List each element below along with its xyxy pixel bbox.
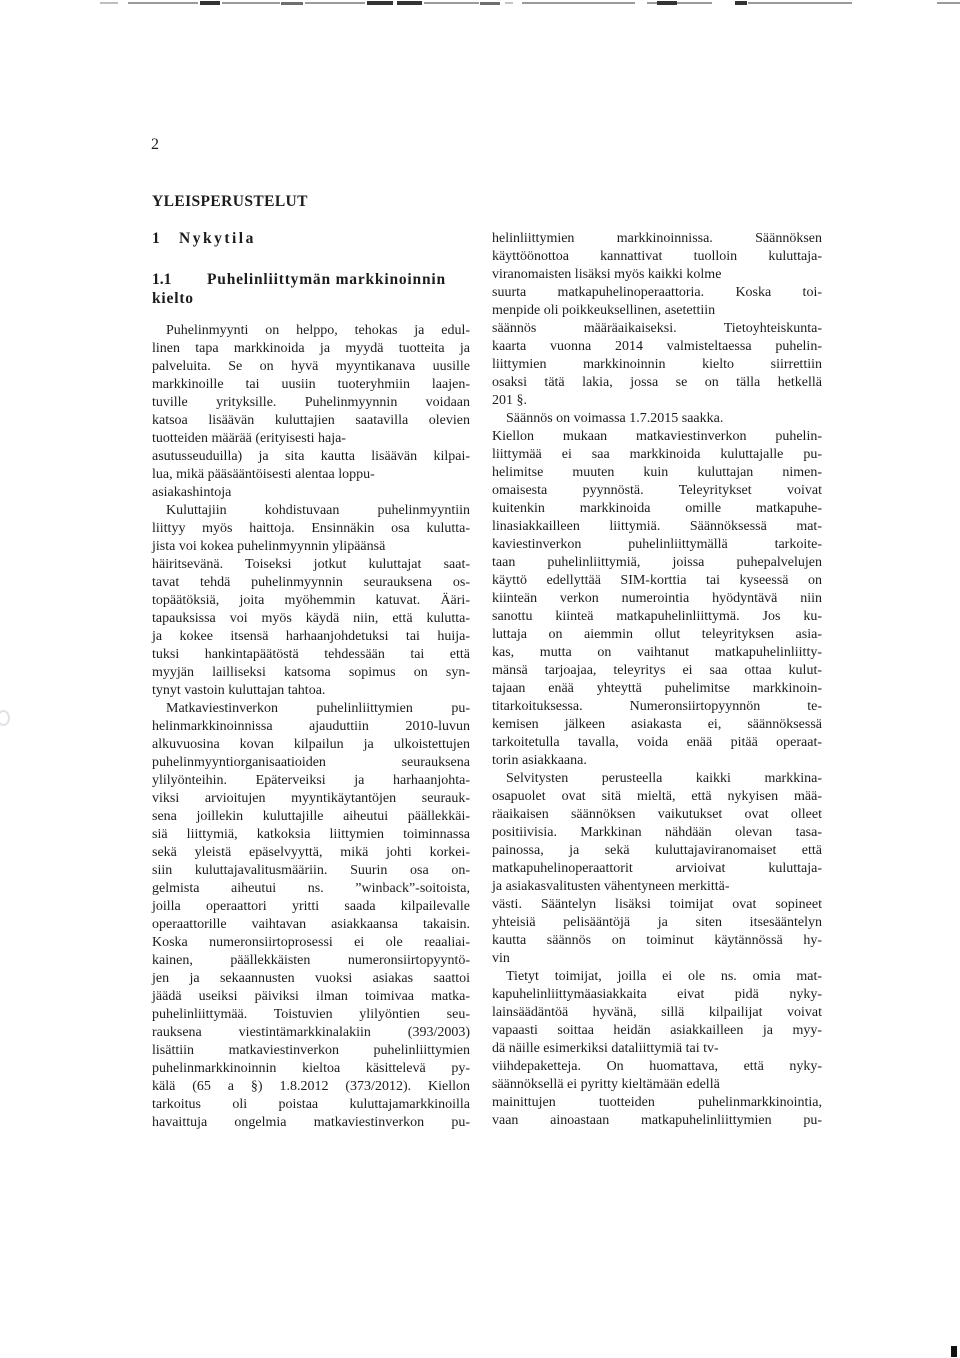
text-line: Tietyt toimijat, joilla ei ole ns. omia …	[492, 968, 822, 986]
text-line: Säännös on voimassa 1.7.2015 saakka.	[492, 410, 822, 428]
scan-artifact	[100, 2, 118, 4]
subsection-heading: 1.1Puhelinliittymän markkinoinnin kielto	[152, 270, 470, 308]
text-line: Puhelinmyynti on helppo, tehokas ja edul…	[152, 322, 470, 340]
subsection-title: Puhelinliittymän markkinoinnin	[207, 271, 446, 288]
text-line: liittymää ei saa markkinoida kuluttajall…	[492, 446, 822, 464]
text-line: palveluita. Se on hyvä myyntikanava uusi…	[152, 358, 470, 376]
text-line: positiivisia. Markkinan nähdään olevan t…	[492, 824, 822, 842]
text-line: säännöksellä ei pyritty kieltämään edell…	[492, 1076, 822, 1094]
text-line: osaksi tätä lakia, jossa se on tälla het…	[492, 374, 822, 392]
text-line: puhelinliittymää. Toistuvien ylilyöntien…	[152, 1006, 470, 1024]
text-line: jista voi kokea puhelinmyynnin ylipäänsä	[152, 538, 470, 556]
scan-artifact	[281, 2, 303, 5]
section-title: Nykytila	[179, 230, 256, 247]
left-column-text: Puhelinmyynti on helppo, tehokas ja edul…	[152, 322, 470, 1132]
scan-artifact	[657, 1, 677, 5]
left-column: YLEISPERUSTELUT 1Nykytila 1.1Puhelinliit…	[152, 186, 470, 1132]
text-line: suurta matkapuhelinoperaattoria. Koska t…	[492, 284, 822, 302]
text-line: titarkoituksessa. Numeronsiirtopyynnön t…	[492, 698, 822, 716]
text-line: Kiellon mukaan matkaviestinverkon puheli…	[492, 428, 822, 446]
text-line: helinliittymien markkinoinnissa. Säännök…	[492, 230, 822, 248]
text-line: häiritsevänä. Toiseksi jotkut kuluttajat…	[152, 556, 470, 574]
right-column: helinliittymien markkinoinnissa. Säännök…	[492, 230, 822, 1130]
text-line: käyttö edellyttää SIM-korttia tai kysees…	[492, 572, 822, 590]
text-line: kaviestinverkon puhelinliittymällä tarko…	[492, 536, 822, 554]
text-line: markkinoille tai uusiin tuoteryhmiin laa…	[152, 376, 470, 394]
text-line: tajaan enää yhteyttä puhelimitse markkin…	[492, 680, 822, 698]
text-line: kapuhelinliittymäasiakkaita eivat pidä n…	[492, 986, 822, 1004]
scan-artifact	[305, 2, 365, 4]
text-line: liittyy myös haittoja. Ensinnäkin osa ku…	[152, 520, 470, 538]
text-line: asutusseuduilla) ja sita kautta lisäävän…	[152, 448, 470, 466]
text-line: lisättiin matkaviestinverkon puhelinliit…	[152, 1042, 470, 1060]
right-column-text: helinliittymien markkinoinnissa. Säännök…	[492, 230, 822, 1130]
paragraph: Matkaviestinverkon puhelinliittymien pu-…	[152, 700, 470, 1132]
scan-artifact	[222, 2, 280, 4]
text-line: gelmista aiheutui ns. ”winback”-soitoist…	[152, 880, 470, 898]
text-line: tynyt vastoin kuluttajan tahtoa.	[152, 682, 470, 700]
text-line: Matkaviestinverkon puhelinliittymien pu-	[152, 700, 470, 718]
text-line: kautta säännös on toiminut käytännössä h…	[492, 932, 822, 950]
text-line: viksi arvioitujen myyntikäytantöjen seur…	[152, 790, 470, 808]
text-line: kälä (65 a §) 1.8.2012 (373/2012). Kiell…	[152, 1078, 470, 1096]
text-line: lainsäädäntöä hyvänä, sillä kilpailijat …	[492, 1004, 822, 1022]
text-line: menpide oli poikkeuksellinen, asetettiin	[492, 302, 822, 320]
text-line: myyjän lailliseksi katsoma sopimus on sy…	[152, 664, 470, 682]
text-line: Kuluttajiin kohdistuvaan puhelinmyyntiin	[152, 502, 470, 520]
subsection-number: 1.1	[152, 270, 207, 289]
paragraph: Kuluttajiin kohdistuvaan puhelinmyyntiin…	[152, 502, 470, 700]
main-heading: YLEISPERUSTELUT	[152, 192, 470, 212]
paragraph: Säännös on voimassa 1.7.2015 saakka.Kiel…	[492, 410, 822, 770]
text-line: havaittuja ongelmia matkaviestinverkon p…	[152, 1114, 470, 1132]
subsection-title-continued: kielto	[152, 289, 470, 308]
scan-artifact	[937, 2, 960, 4]
text-line: helinmarkkinoinnissa ajauduttiin 2010-lu…	[152, 718, 470, 736]
text-line: liittymien markkinoinnin kielto siirrett…	[492, 356, 822, 374]
text-line: mainittujen tuotteiden puhelinmarkkinoin…	[492, 1094, 822, 1112]
paragraph: helinliittymien markkinoinnissa. Säännök…	[492, 230, 822, 410]
text-line: kuitenkin markkinoida omille matkapuhe-	[492, 500, 822, 518]
text-line: jäädä useiksi päiviksi ilman toimivaa ma…	[152, 988, 470, 1006]
scan-artifact	[522, 2, 635, 4]
scan-corner-mark	[951, 1346, 957, 1357]
scan-artifact	[397, 1, 422, 5]
paragraph: Puhelinmyynti on helppo, tehokas ja edul…	[152, 322, 470, 502]
text-line: operaattorille vaihtavan asiakkaansa tak…	[152, 916, 470, 934]
text-line: rauksena viestintämarkkinalakiin (393/20…	[152, 1024, 470, 1042]
text-line: omaisesta pyynnöstä. Teleyritykset voiva…	[492, 482, 822, 500]
text-line: linasiakkailleen liittymiä. Säännöksessä…	[492, 518, 822, 536]
text-line: siä liittymiä, katkoksia liittymien toim…	[152, 826, 470, 844]
scan-edge-mark	[0, 710, 10, 726]
text-line: kiinteän verkon numerointia hyödyntävä n…	[492, 590, 822, 608]
text-line: taan puhelinliittymiä, joissa puhepalvel…	[492, 554, 822, 572]
text-line: linen tapa markkinoida ja myydä tuotteit…	[152, 340, 470, 358]
text-line: Selvitysten perusteella kaikki markkina-	[492, 770, 822, 788]
text-line: jen ja sekaannusten vuoksi asiakas saatt…	[152, 970, 470, 988]
scan-artifact	[200, 1, 220, 5]
scan-artifact	[424, 2, 479, 4]
text-line: topäätöksiä, joita myöhemmin katuvat. Ää…	[152, 592, 470, 610]
text-line: puhelinmarkkinoinnin kieltoa käsittelevä…	[152, 1060, 470, 1078]
text-line: sena joillekin kuluttajille aiheutui pää…	[152, 808, 470, 826]
text-line: tuotteiden määrää (erityisesti haja-	[152, 430, 470, 448]
section-number: 1	[152, 229, 179, 249]
text-line: osapuolet ovat sitä mieltä, että nykyise…	[492, 788, 822, 806]
text-line: ylilyönteihin. Epäterveiksi ja harhaanjo…	[152, 772, 470, 790]
text-line: viihdepaketteja. On huomattava, että nyk…	[492, 1058, 822, 1076]
text-line: ja kokee itsensä harhaanjohdetuksi tai h…	[152, 628, 470, 646]
page-number: 2	[151, 136, 159, 154]
text-line: tuville yrityksille. Puhelinmyynnin void…	[152, 394, 470, 412]
scan-artifact	[748, 2, 852, 4]
text-line: siin kuluttajavalitusmääriin. Suurin osa…	[152, 862, 470, 880]
text-line: painossa, ja sekä kuluttajaviranomaiset …	[492, 842, 822, 860]
text-line: katsoa lisäävän kuluttajien saatavilla o…	[152, 412, 470, 430]
text-line: sekä yleistä epäselvyyttä, mikä johti ko…	[152, 844, 470, 862]
paragraph: Tietyt toimijat, joilla ei ole ns. omia …	[492, 968, 822, 1130]
section-heading: 1Nykytila	[152, 229, 470, 249]
text-line: kainen, päällekkäisten numeronsiirtopyyn…	[152, 952, 470, 970]
text-line: puhelinmyyntiorganisaatioiden seurauksen…	[152, 754, 470, 772]
text-line: tarkoitetulla tavalla, voida enää pitää …	[492, 734, 822, 752]
text-line: yhteisiä pelisääntöjä ja siten itsesäänt…	[492, 914, 822, 932]
text-line: 201 §.	[492, 392, 822, 410]
text-line: tavat tehdä puhelinmyynnin seurauksena o…	[152, 574, 470, 592]
text-line: tapauksissa voi myös käydä niin, että ku…	[152, 610, 470, 628]
text-line: vapaasti soittaa heidän asiakkailleen ja…	[492, 1022, 822, 1040]
text-line: kemisen jälkeen asiakasta ei, säännökses…	[492, 716, 822, 734]
text-line: alkuvuosina kovan kilpailun ja ulkoistet…	[152, 736, 470, 754]
text-line: joilla operaattori yritti saada kilpaile…	[152, 898, 470, 916]
scan-artifact	[367, 1, 393, 5]
text-line: helimitse muuten kuin kuluttajan nimen-	[492, 464, 822, 482]
text-line: mänsä tarjoajaa, teleyritys ei saa ottaa…	[492, 662, 822, 680]
text-line: viranomaisten lisäksi myös kaikki kolme	[492, 266, 822, 284]
text-line: ja asiakasvalitusten vähentyneen merkitt…	[492, 878, 822, 896]
text-line: asiakashintoja	[152, 484, 470, 502]
text-line: kaarta vuonna 2014 valmisteltaessa puhel…	[492, 338, 822, 356]
text-line: matkapuhelinoperaattorit arvioivat kulut…	[492, 860, 822, 878]
text-line: Koska numeronsiirtoprosessi ei ole reaal…	[152, 934, 470, 952]
text-line: säännös määräaikaiseksi. Tietoyhteiskunt…	[492, 320, 822, 338]
scan-artifact	[735, 1, 747, 5]
text-line: torin asiakkaana.	[492, 752, 822, 770]
text-line: tuksi hankintapäätöstä tehdessään tai et…	[152, 646, 470, 664]
text-line: sanottu kiinteä matkapuhelinliittymä. Jo…	[492, 608, 822, 626]
text-line: västi. Sääntelyn lisäksi toimijat ovat s…	[492, 896, 822, 914]
text-line: räaikaisen säännöksen vaikutukset ovat o…	[492, 806, 822, 824]
text-line: dä näille esimerkiksi dataliittymiä tai …	[492, 1040, 822, 1058]
text-line: kas, mutta on vaihtanut matkapuhelinliit…	[492, 644, 822, 662]
scan-artifact	[505, 2, 513, 4]
text-line: vin	[492, 950, 822, 968]
text-line: käyttöönottoa kannattivat tuolloin kulut…	[492, 248, 822, 266]
text-line: lua, mikä pääsääntöisesti alentaa loppu-	[152, 466, 470, 484]
paragraph: Selvitysten perusteella kaikki markkina-…	[492, 770, 822, 968]
text-line: tarkoitus oli poistaa kuluttajamarkkinoi…	[152, 1096, 470, 1114]
text-line: vaan ainoastaan matkapuhelinliittymien p…	[492, 1112, 822, 1130]
text-line: luttaja on aiemmin ollut teleyrityksen a…	[492, 626, 822, 644]
scan-artifact	[128, 2, 198, 4]
scan-artifact	[480, 2, 500, 5]
